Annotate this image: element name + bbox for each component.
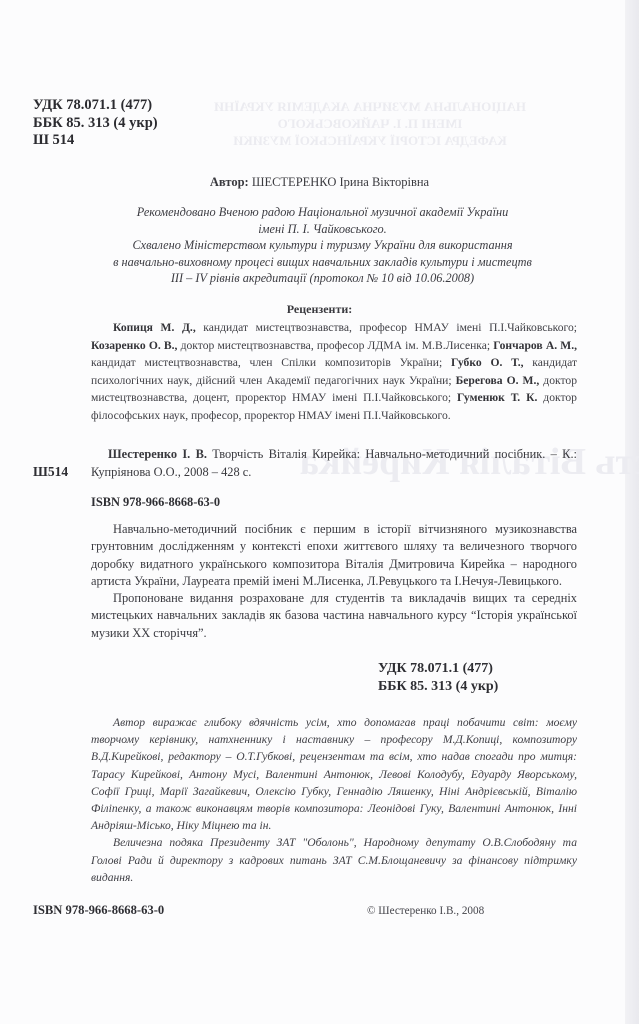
recommendation-line: імені П. І. Чайковського.	[60, 221, 585, 238]
reviewer-name: Гончаров А. М.,	[493, 339, 577, 352]
reviewer-name: Козаренко О. В.,	[91, 339, 177, 352]
acknowledgement-paragraph: Автор виражає глибоку вдячність усім, хт…	[91, 714, 577, 834]
page-edge-shadow	[625, 0, 639, 1024]
recommendation-line: III – IV рівнів акредитації (протокол № …	[60, 270, 585, 287]
udk-code: УДК 78.071.1 (477)	[33, 97, 158, 115]
recommendation-line: Схвалено Міністерством культури і туризм…	[60, 237, 585, 254]
recommendation-block: Рекомендовано Вченою радою Національної …	[60, 204, 585, 287]
copyright-notice: © Шестеренко І.В., 2008	[367, 905, 484, 917]
reviewer-desc: кандидат мистецтвознавства, член Спілки …	[91, 356, 451, 369]
reviewer-name: Гуменюк Т. К.	[457, 391, 537, 404]
reviewer-desc: кандидат мистецтвознавства, професор НМА…	[196, 321, 577, 334]
recommendation-line: в навчально-виховному процесі вищих навч…	[60, 254, 585, 271]
author-label: Автор:	[210, 175, 249, 189]
abstract-paragraph: Навчально-методичний посібник є першим в…	[91, 521, 577, 590]
acknowledgement-paragraph: Величезна подяка Президенту ЗАТ "Оболонь…	[91, 834, 577, 886]
bibliographic-entry: Шестеренко І. В. Творчість Віталія Кирей…	[91, 446, 577, 481]
classification-codes: УДК 78.071.1 (477) ББК 85. 313 (4 укр) Ш…	[33, 97, 158, 150]
classification-codes-repeat: УДК 78.071.1 (477) ББК 85. 313 (4 укр)	[378, 660, 498, 696]
biblio-author: Шестеренко І. В.	[108, 447, 207, 461]
recommendation-line: Рекомендовано Вченою радою Національної …	[60, 204, 585, 221]
catalog-shelf-mark: Ш514	[33, 464, 68, 480]
abstract: Навчально-методичний посібник є першим в…	[91, 521, 577, 642]
reviewer-name: Копиця М. Д.,	[113, 321, 196, 334]
bbk-code: ББК 85. 313 (4 укр)	[378, 678, 498, 696]
bbk-code: ББК 85. 313 (4 укр)	[33, 115, 158, 133]
reviewer-desc: доктор мистецтвознавства, професор ЛДМА …	[177, 339, 493, 352]
udk-code: УДК 78.071.1 (477)	[378, 660, 498, 678]
reviewer-name: Губко О. Т.,	[451, 356, 524, 369]
reviewer-name: Берегова О. М.,	[456, 374, 540, 387]
shelf-code: Ш 514	[33, 132, 158, 150]
acknowledgements: Автор виражає глибоку вдячність усім, хт…	[91, 714, 577, 886]
reviewers-heading: Рецензенти:	[0, 302, 639, 317]
abstract-paragraph: Пропоноване видання розраховане для студ…	[91, 590, 577, 642]
author-line: Автор: ШЕСТЕРЕНКО Ірина Вікторівна	[0, 175, 639, 190]
footer-isbn: ISBN 978-966-8668-63-0	[33, 903, 164, 918]
reviewers-list: Копиця М. Д., кандидат мистецтвознавства…	[91, 319, 577, 425]
author-name: ШЕСТЕРЕНКО Ірина Вікторівна	[252, 175, 429, 189]
catalog-isbn: ISBN 978-966-8668-63-0	[91, 495, 220, 510]
